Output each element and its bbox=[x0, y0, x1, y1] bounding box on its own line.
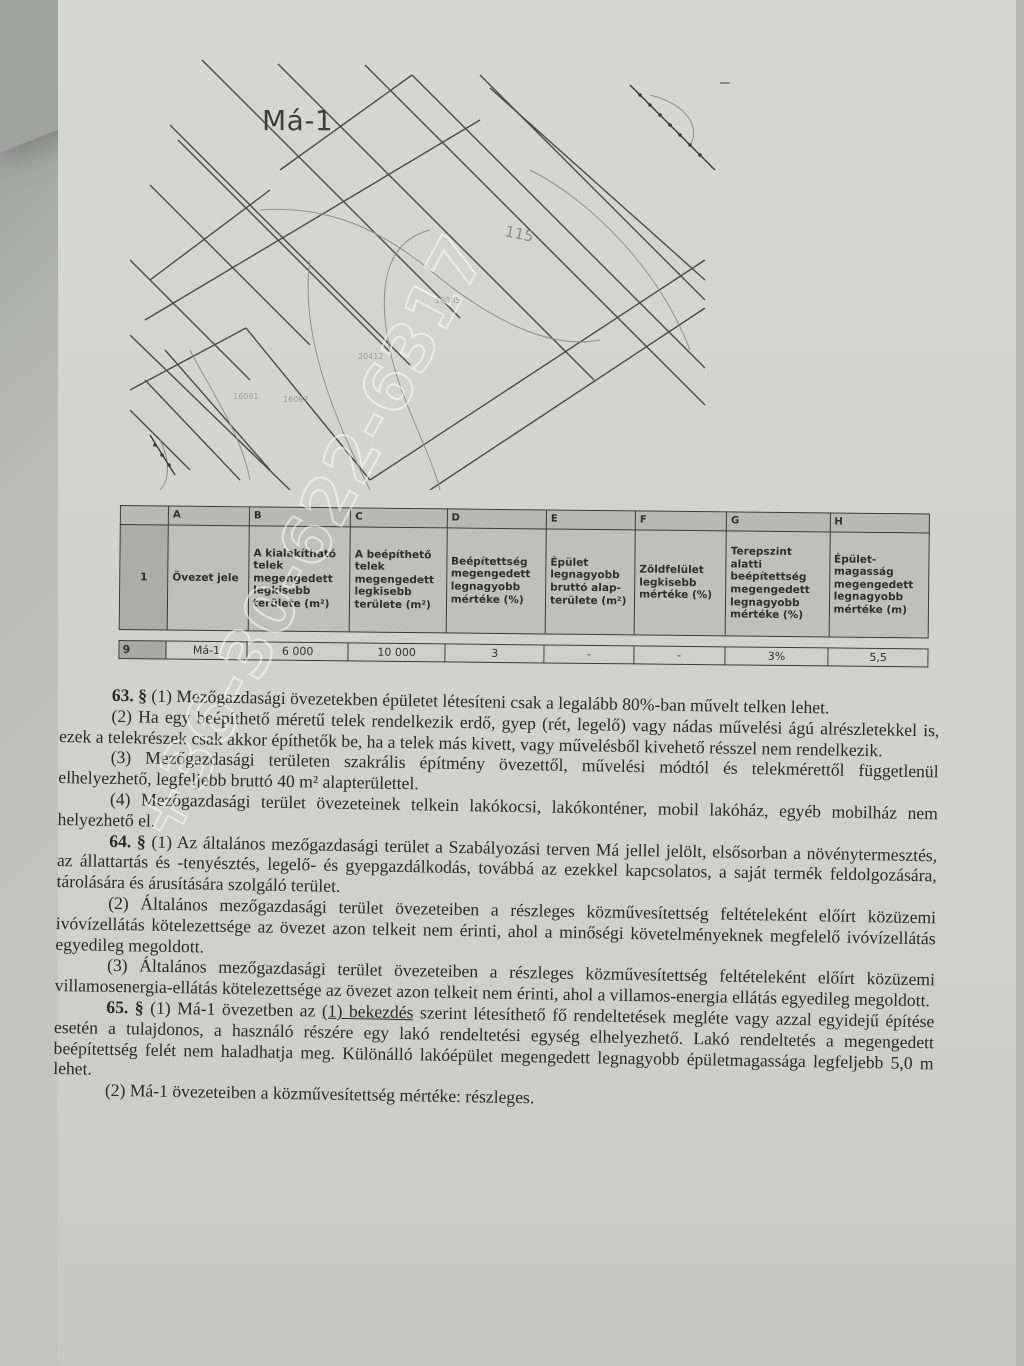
cell-underground-coverage: 3% bbox=[725, 647, 829, 666]
column-letter: D bbox=[447, 509, 547, 529]
page-edge bbox=[1016, 0, 1024, 1366]
cell-min-buildable-area: 10 000 bbox=[348, 643, 445, 662]
column-header: Zöldfelület legkisebb mértéke (%) bbox=[634, 530, 726, 636]
paragraph-65-1: 65. § (1) Má-1 övezetben az (1) bekezdés… bbox=[53, 996, 934, 1095]
column-letter: F bbox=[635, 511, 726, 531]
column-header: A beépíthető telek megengedett legkisebb… bbox=[350, 527, 447, 633]
column-letter: G bbox=[726, 512, 830, 532]
section-number: 64. § bbox=[109, 830, 146, 851]
cell-max-gross-area: - bbox=[544, 645, 633, 664]
column-letter: A bbox=[168, 506, 249, 526]
section-number: 65. § bbox=[106, 997, 144, 1018]
column-header: Épület-magasság megengedett legnagyobb m… bbox=[829, 532, 930, 638]
section-number: 63. § bbox=[112, 685, 148, 706]
row-number: 1 bbox=[119, 525, 168, 630]
corner-cell bbox=[120, 506, 168, 526]
cell-max-coverage: 3 bbox=[445, 644, 545, 663]
paragraph-text: (1) Má-1 övezetben az bbox=[150, 998, 315, 1021]
cell-max-height: 5,5 bbox=[828, 648, 928, 667]
column-letter: H bbox=[830, 513, 930, 533]
cell-min-green-area: - bbox=[633, 646, 724, 665]
row-number: 9 bbox=[119, 640, 166, 658]
paragraph-reference-link[interactable]: (1) bekezdés bbox=[322, 1001, 414, 1023]
column-header: Terepszint alatti beépítettség megengede… bbox=[725, 531, 830, 637]
column-header: Épület legnagyobb bruttó alap-területe (… bbox=[545, 529, 635, 635]
column-letter: E bbox=[546, 510, 635, 530]
zone-label: Má-1 bbox=[262, 104, 333, 137]
parcel-number: 16087 bbox=[283, 395, 308, 404]
column-header: Beépítettség megengedett legnagyobb mért… bbox=[446, 528, 546, 634]
parcel-number: 16091 bbox=[233, 392, 258, 401]
